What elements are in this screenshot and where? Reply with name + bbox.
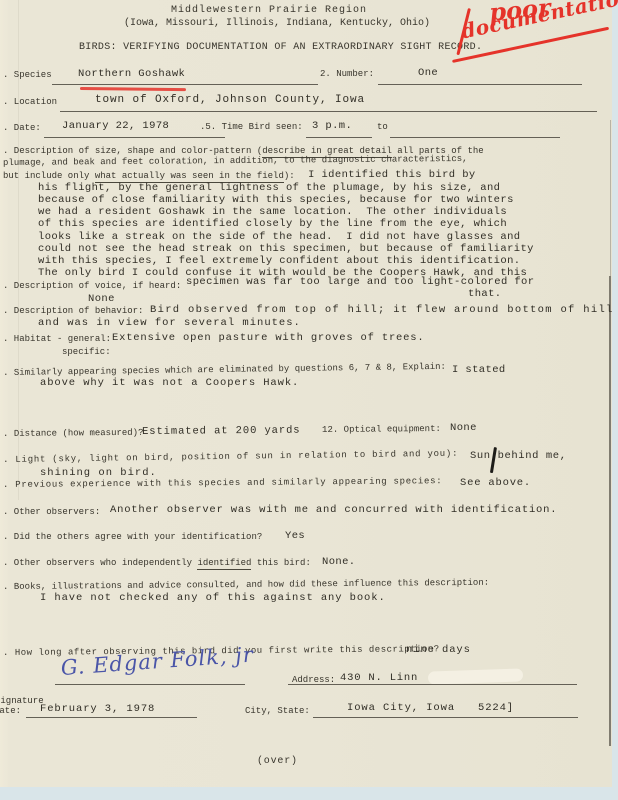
signature-rule xyxy=(55,684,245,685)
time-label: .5. Time Bird seen: xyxy=(200,122,303,133)
date-rule xyxy=(44,137,225,138)
description-label-line3-post: ): xyxy=(284,171,295,181)
description-answer-line: because of close familiarity with this s… xyxy=(38,194,514,206)
address-rule xyxy=(288,684,577,685)
similar-species-value-line2: above why it was not a Coopers Hawk. xyxy=(40,377,299,389)
light-value-line2: shining on bird. xyxy=(40,467,157,479)
location-value: town of Oxford, Johnson County, Iowa xyxy=(95,94,365,106)
voice-carryover-end: that. xyxy=(468,288,502,300)
behavior-value-line2: and was in view for several minutes. xyxy=(38,317,301,329)
over-label: (over) xyxy=(257,756,298,767)
description-label-part1: . Description of size, shape and color-p… xyxy=(3,146,262,156)
voice-label: . Description of voice, if heard: xyxy=(3,281,181,292)
previous-experience-value: See above. xyxy=(460,477,531,489)
habitat-specific-label: specific: xyxy=(62,347,111,358)
region-states: (Iowa, Missouri, Illinois, Indiana, Kent… xyxy=(124,18,430,30)
city-state-rule xyxy=(313,717,578,718)
light-value-line1: Sun behind me, xyxy=(470,450,567,462)
description-answer-line: we had a resident Goshawk in the same lo… xyxy=(38,206,507,218)
time-rule xyxy=(306,137,372,138)
species-value: Northern Goshawk xyxy=(78,68,185,80)
form-title: BIRDS: VERIFYING DOCUMENTATION OF AN EXT… xyxy=(79,42,482,54)
description-answer-line: his flight, by the general lightness of … xyxy=(38,182,500,194)
agreement-value: Yes xyxy=(285,530,305,542)
time-to-rule xyxy=(390,137,560,138)
species-label: . Species xyxy=(3,70,52,81)
books-value: I have not checked any of this against a… xyxy=(40,592,386,604)
description-label-line3-pre: but include only xyxy=(3,171,95,181)
behavior-label: . Description of behavior: xyxy=(3,306,143,317)
location-label: . Location xyxy=(3,97,57,108)
independent-id-value: None. xyxy=(322,556,356,568)
description-answer-first: I identified this bird by xyxy=(295,169,476,181)
paper-edge-shadow xyxy=(609,276,611,746)
optical-value: None xyxy=(450,422,477,434)
number-label: 2. Number: xyxy=(320,69,374,80)
time-to-label: to xyxy=(377,122,388,133)
habitat-label: . Habitat - general: xyxy=(3,334,111,345)
description-label-line3: but include only what actually was seen … xyxy=(3,170,476,182)
voice-value: None xyxy=(88,293,115,305)
description-answer-line: with this species, I feel extremely conf… xyxy=(38,255,520,267)
city-state-label: City, State: xyxy=(245,706,310,717)
location-rule xyxy=(60,111,597,112)
zip-value: 5224] xyxy=(478,702,514,714)
species-rule xyxy=(52,84,318,85)
date-value: January 22, 1978 xyxy=(62,120,169,132)
signature-date-value: February 3, 1978 xyxy=(40,703,155,715)
independent-id-label-pre: . Other observers who independently xyxy=(3,558,197,568)
description-answer-line: could not see the head streak on this sp… xyxy=(38,243,534,255)
other-observers-value: Another observer was with me and concurr… xyxy=(110,504,557,516)
agreement-label: . Did the others agree with your identif… xyxy=(3,532,262,543)
other-observers-label: . Other observers: xyxy=(3,507,100,518)
independent-id-label-underlined: identified xyxy=(197,558,251,570)
first-written-value: nine days xyxy=(406,644,471,656)
description-answer-line: looks like a streak on the side of the h… xyxy=(38,231,520,243)
voice-carryover: specimen was far too large and too light… xyxy=(186,276,534,288)
scanned-document-page: { "colors": { "paper": "#e9e5d5", "ink":… xyxy=(0,0,618,800)
date-label: . Date: xyxy=(3,123,41,134)
number-rule xyxy=(378,84,582,85)
behavior-value-line1: Bird observed from top of hill; it flew … xyxy=(150,304,614,316)
number-value: One xyxy=(418,67,438,79)
independent-id-label: . Other observers who independently iden… xyxy=(3,558,311,569)
address-value: 430 N. Linn xyxy=(340,672,418,684)
independent-id-label-post: this bird: xyxy=(251,558,310,568)
time-value: 3 p.m. xyxy=(312,120,352,132)
distance-value: Estimated at 200 yards xyxy=(142,425,301,438)
similar-species-value-line1: I stated xyxy=(452,364,506,376)
optical-label: 12. Optical equipment: xyxy=(322,424,441,436)
description-answer-line: of this species are identified closely b… xyxy=(38,218,507,230)
distance-label: . Distance (how measured)? xyxy=(3,428,144,440)
paper-edge-shadow-top xyxy=(610,120,611,276)
signature-date-label: Date: xyxy=(0,706,21,717)
signature-date-rule xyxy=(26,717,197,718)
city-state-value: Iowa City, Iowa xyxy=(347,702,455,714)
habitat-value: Extensive open pasture with groves of tr… xyxy=(112,332,424,344)
region-title: Middlewestern Prairie Region xyxy=(171,5,367,17)
